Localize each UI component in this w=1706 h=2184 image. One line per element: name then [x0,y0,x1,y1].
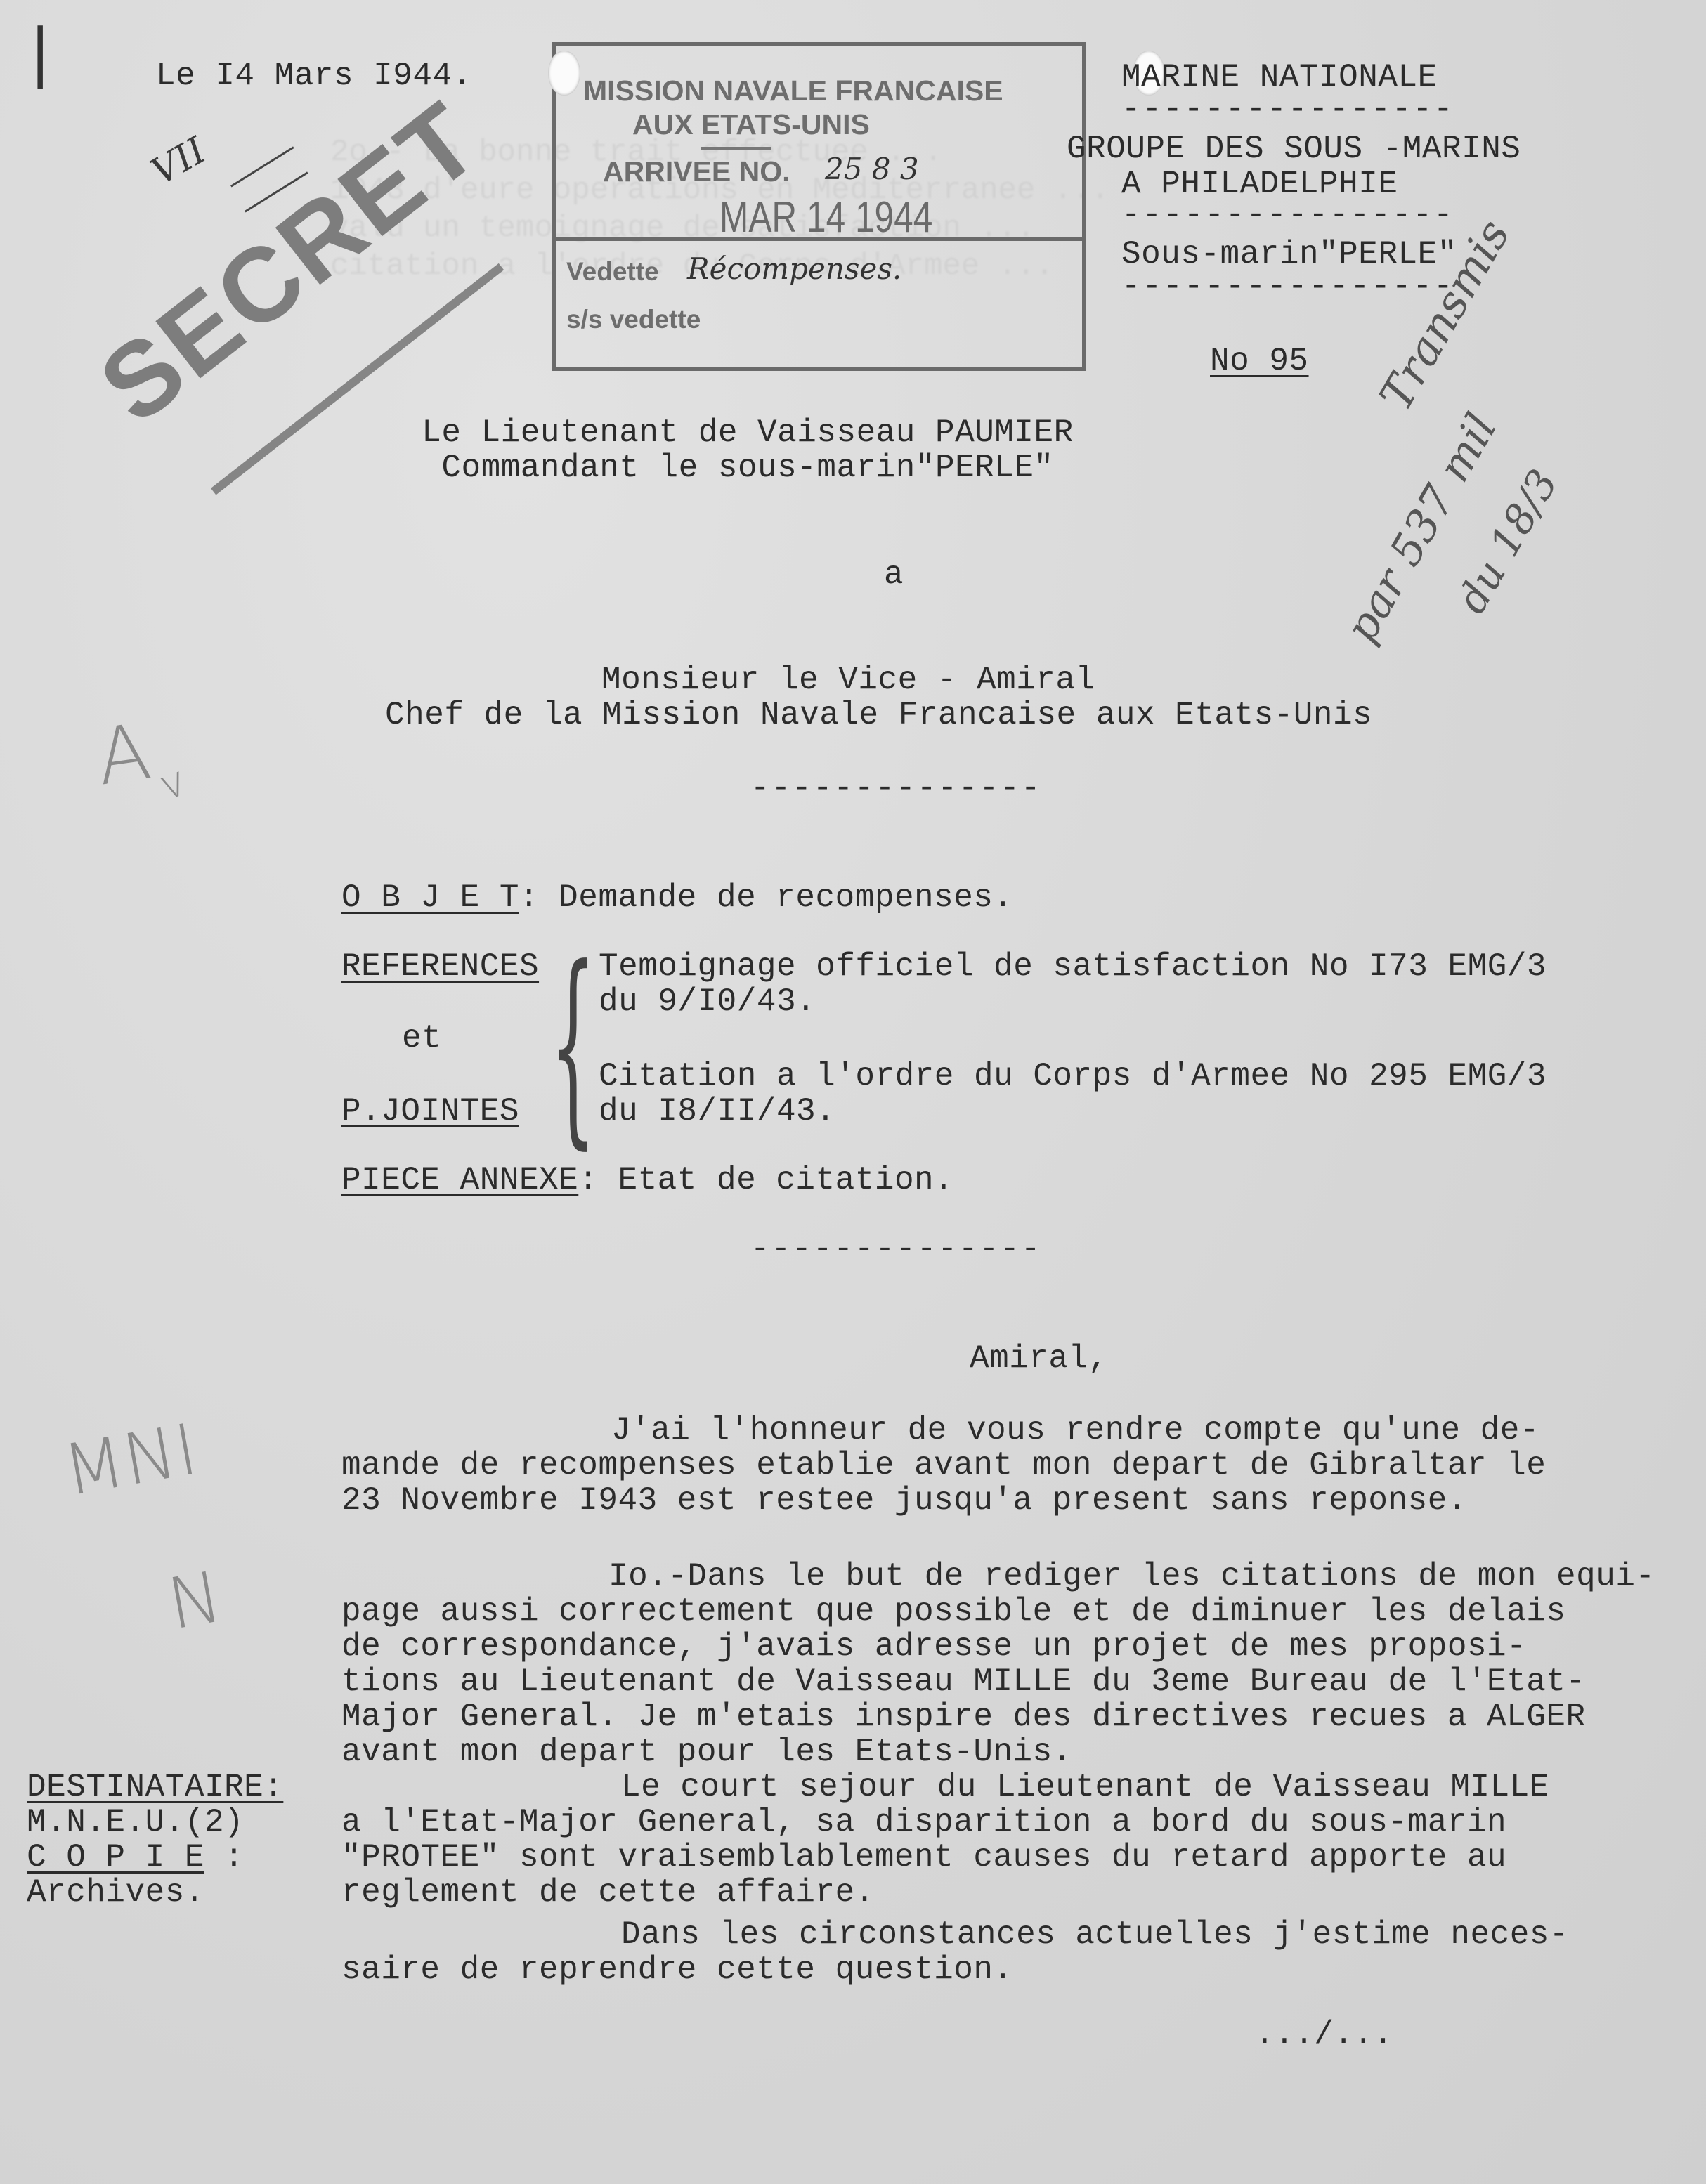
pencil-mark-mni: MNI [57,1408,203,1512]
vii-underline-top [230,146,294,187]
stamp-mission-subtitle: AUX ETATS-UNIS [632,108,870,141]
salutation: Amiral, [970,1340,1108,1377]
reference-1-line-1: Temoignage officiel de satisfaction No I… [599,948,1547,985]
stamp-arrivee-label: ARRIVEE NO. [603,155,790,188]
para2-line-5: Major General. Je m'etais inspire des di… [341,1699,1586,1735]
punch-hole-left [548,51,580,96]
copie-row: C O P I E : [27,1839,244,1876]
para3-line-2: a l'Etat-Major General, sa disparition a… [341,1804,1506,1840]
para1-line-3: 23 Novembre I943 est restee jusqu'a pres… [341,1482,1467,1519]
references-label: REFERENCES [341,948,539,985]
sender-line-2: Commandant le sous-marin"PERLE" [0,450,1706,486]
copie-value: Archives. [27,1874,204,1911]
para2-line-2: page aussi correctement que possible et … [341,1593,1565,1630]
para4-line-1: Dans les circonstances actuelles j'estim… [621,1916,1569,1953]
stamp-sous-vedette-label: s/s vedette [566,305,701,334]
pencil-mark-n: N [162,1555,228,1645]
references-brace: { [549,940,597,1151]
para3-line-1: Le court sejour du Lieutenant de Vaissea… [621,1769,1549,1805]
annotation-vii: VII [144,129,213,193]
sender-line-1: Le Lieutenant de Vaisseau PAUMIER [0,414,1706,451]
para1-line-1: J'ai l'honneur de vous rendre compte qu'… [611,1412,1539,1449]
para2-line-6: avant mon depart pour les Etats-Unis. [341,1734,1072,1770]
letterhead-marine-nationale: MARINE NATIONALE [1121,59,1438,96]
pencil-mark-a: A [91,706,155,802]
continuation-mark: .../... [1255,2016,1393,2053]
stamp-arrivee-number: 25 8 3 [825,152,919,186]
para2-line-4: tions au Lieutenant de Vaisseau MILLE du… [341,1663,1586,1700]
para3-line-4: reglement de cette affaire. [341,1874,875,1911]
stamp-divider [556,237,1082,241]
para1-line-2: mande de recompenses etablie avant mon d… [341,1447,1546,1484]
destinataire-value: M.N.E.U.(2) [27,1804,244,1840]
references-connector: et [402,1020,441,1057]
letterhead-rule-1: ---------------- [1121,91,1454,128]
stamp-mission-title: MISSION NAVALE FRANCAISE [583,74,1003,107]
para2-line-3: de correspondance, j'avais adresse un pr… [341,1628,1526,1665]
reference-1-line-2: du 9/I0/43. [599,983,816,1020]
piece-annexe-row: PIECE ANNEXE: Etat de citation. [341,1162,953,1198]
copie-label: C O P I E [27,1839,204,1876]
reference-2-line-2: du I8/II/43. [599,1093,835,1130]
stamp-vedette-label: Vedette [566,257,659,287]
piece-annexe-value: : Etat de citation. [578,1162,953,1198]
stamp-arrival-date: MAR 14 1944 [719,192,932,242]
objet-value: : Demande de recompenses. [519,880,1013,916]
separator-1: -------------- [750,770,1041,806]
letterhead-rule-2: ---------------- [1121,197,1454,233]
para4-line-2: saire de reprendre cette question. [341,1951,1013,1988]
to-word: a [884,556,904,593]
pieces-jointes-label: P.JOINTES [341,1093,519,1130]
pencil-mark-a-sub: v [152,756,193,811]
letterhead-submarine: Sous-marin"PERLE" [1121,236,1457,273]
objet-row: O B J E T: Demande de recompenses. [341,880,1013,916]
arrival-stamp: MISSION NAVALE FRANCAISE AUX ETATS-UNIS … [552,42,1086,371]
piece-annexe-label: PIECE ANNEXE [341,1162,578,1198]
recipient-line-1: Monsieur le Vice - Amiral [601,662,1095,698]
margin-mark: | [30,15,51,89]
destinataire-label: DESTINATAIRE: [27,1769,283,1805]
para3-line-3: "PROTEE" sont vraisemblablement causes d… [341,1839,1506,1876]
letter-number: No 95 [1210,343,1309,379]
objet-label: O B J E T [341,880,519,916]
copie-colon: : [224,1839,244,1876]
scanned-letter-page: 2o.- La bonne trait effectuee ... 1943 d… [0,0,1706,2184]
stamp-vedette-value: Récompenses. [687,251,901,286]
letterhead-rule-3: ---------------- [1121,268,1454,305]
separator-2: -------------- [750,1231,1041,1267]
recipient-line-2: Chef de la Mission Navale Francaise aux … [385,697,1372,733]
letterhead-groupe: GROUPE DES SOUS -MARINS [1067,131,1521,167]
stamp-rule [701,147,771,150]
para2-line-1: Io.-Dans le but de rediger les citations… [608,1558,1655,1595]
reference-2-line-1: Citation a l'ordre du Corps d'Armee No 2… [599,1058,1547,1094]
